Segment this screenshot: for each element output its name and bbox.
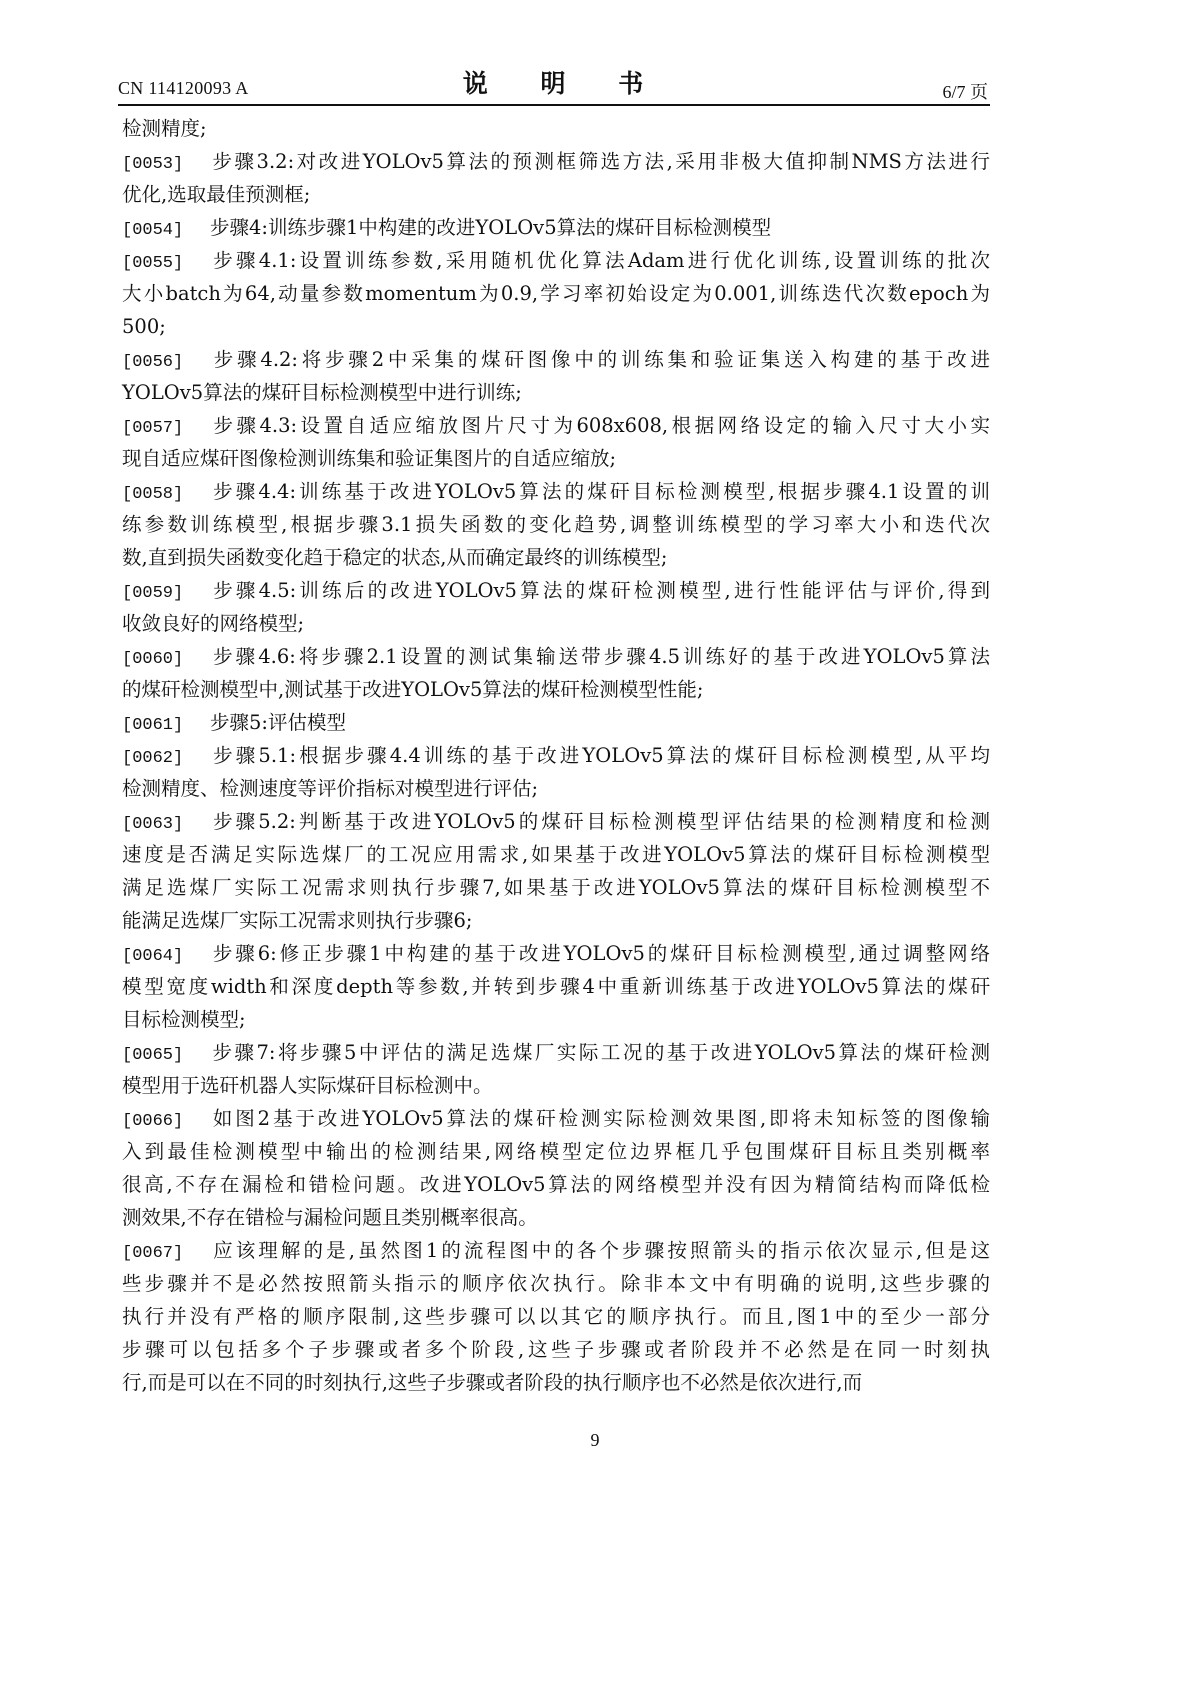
line-text: 步骤4.2:将步骤2中采集的煤矸图像中的训练集和验证集送入构建的基于改进	[210, 348, 990, 371]
line-text: 目标检测模型;	[122, 1008, 246, 1031]
text-line: 收敛良好的网络模型;	[122, 607, 990, 640]
text-line: 优化,选取最佳预测框;	[122, 178, 990, 211]
paragraph-number: [0061]	[122, 709, 210, 742]
line-text: 步骤4.4:训练基于改进YOLOv5算法的煤矸目标检测模型,根据步骤4.1设置的…	[210, 480, 990, 503]
text-line: 目标检测模型;	[122, 1003, 990, 1036]
line-text: 检测精度;	[122, 117, 207, 140]
line-text: 步骤4.3:设置自适应缩放图片尺寸为608x608,根据网络设定的输入尺寸大小实	[210, 414, 990, 437]
text-line: 测效果,不存在错检与漏检问题且类别概率很高。	[122, 1201, 990, 1234]
text-line: YOLOv5算法的煤矸目标检测模型中进行训练;	[122, 376, 990, 409]
text-line: [0054]步骤4:训练步骤1中构建的改进YOLOv5算法的煤矸目标检测模型	[122, 211, 990, 244]
paragraph: [0062]步骤5.1:根据步骤4.4训练的基于改进YOLOv5算法的煤矸目标检…	[122, 739, 990, 805]
text-line: 检测精度、检测速度等评价指标对模型进行评估;	[122, 772, 990, 805]
line-text: 练参数训练模型,根据步骤3.1损失函数的变化趋势,调整训练模型的学习率大小和迭代…	[122, 513, 990, 536]
text-line: [0066]如图2基于改进YOLOv5算法的煤矸检测实际检测效果图,即将未知标签…	[122, 1102, 990, 1135]
paragraph: [0057]步骤4.3:设置自适应缩放图片尺寸为608x608,根据网络设定的输…	[122, 409, 990, 475]
line-text: 行,而是可以在不同的时刻执行,这些子步骤或者阶段的执行顺序也不必然是依次进行,而	[122, 1371, 862, 1394]
line-text: YOLOv5算法的煤矸目标检测模型中进行训练;	[122, 381, 522, 404]
page-indicator: 6/7 页	[942, 78, 988, 104]
page-number: 9	[0, 1430, 1190, 1451]
line-text: 500;	[122, 315, 166, 338]
paragraph-number: [0065]	[122, 1039, 210, 1072]
paragraph: [0065]步骤7:将步骤5中评估的满足选煤厂实际工况的基于改进YOLOv5算法…	[122, 1036, 990, 1102]
text-line: 的煤矸检测模型中,测试基于改进YOLOv5算法的煤矸检测模型性能;	[122, 673, 990, 706]
text-line: [0059]步骤4.5:训练后的改进YOLOv5算法的煤矸检测模型,进行性能评估…	[122, 574, 990, 607]
text-line: 满足选煤厂实际工况需求则执行步骤7,如果基于改进YOLOv5算法的煤矸目标检测模…	[122, 871, 990, 904]
paragraph: [0060]步骤4.6:将步骤2.1设置的测试集输送带步骤4.5训练好的基于改进…	[122, 640, 990, 706]
paragraph-number: [0056]	[122, 346, 210, 379]
line-text: 速度是否满足实际选煤厂的工况应用需求,如果基于改进YOLOv5算法的煤矸目标检测…	[122, 843, 990, 866]
paragraph-number: [0062]	[122, 742, 210, 775]
paragraph: [0055]步骤4.1:设置训练参数,采用随机优化算法Adam进行优化训练,设置…	[122, 244, 990, 343]
text-line: [0058]步骤4.4:训练基于改进YOLOv5算法的煤矸目标检测模型,根据步骤…	[122, 475, 990, 508]
text-line: 入到最佳检测模型中输出的检测结果,网络模型定位边界框几乎包围煤矸目标且类别概率	[122, 1135, 990, 1168]
text-line: [0053]步骤3.2:对改进YOLOv5算法的预测框筛选方法,采用非极大值抑制…	[122, 145, 990, 178]
text-line: [0065]步骤7:将步骤5中评估的满足选煤厂实际工况的基于改进YOLOv5算法…	[122, 1036, 990, 1069]
paragraph-number: [0067]	[122, 1237, 210, 1270]
document-title: 说 明 书	[118, 64, 988, 100]
line-text: 步骤5:评估模型	[210, 711, 346, 734]
line-text: 能满足选煤厂实际工况需求则执行步骤6;	[122, 909, 472, 932]
text-line: 行,而是可以在不同的时刻执行,这些子步骤或者阶段的执行顺序也不必然是依次进行,而	[122, 1366, 990, 1399]
paragraph: [0061]步骤5:评估模型	[122, 706, 990, 739]
text-line: 现自适应煤矸图像检测训练集和验证集图片的自适应缩放;	[122, 442, 990, 475]
paragraph: [0063]步骤5.2:判断基于改进YOLOv5的煤矸目标检测模型评估结果的检测…	[122, 805, 990, 937]
line-text: 满足选煤厂实际工况需求则执行步骤7,如果基于改进YOLOv5算法的煤矸目标检测模…	[122, 876, 990, 899]
line-text: 入到最佳检测模型中输出的检测结果,网络模型定位边界框几乎包围煤矸目标且类别概率	[122, 1140, 990, 1163]
line-text: 如图2基于改进YOLOv5算法的煤矸检测实际检测效果图,即将未知标签的图像输	[210, 1107, 990, 1130]
text-line: 练参数训练模型,根据步骤3.1损失函数的变化趋势,调整训练模型的学习率大小和迭代…	[122, 508, 990, 541]
line-text: 现自适应煤矸图像检测训练集和验证集图片的自适应缩放;	[122, 447, 616, 470]
paragraph-number: [0060]	[122, 643, 210, 676]
line-text: 步骤5.1:根据步骤4.4训练的基于改进YOLOv5算法的煤矸目标检测模型,从平…	[210, 744, 990, 767]
paragraph: [0059]步骤4.5:训练后的改进YOLOv5算法的煤矸检测模型,进行性能评估…	[122, 574, 990, 640]
text-line: [0067]应该理解的是,虽然图1的流程图中的各个步骤按照箭头的指示依次显示,但…	[122, 1234, 990, 1267]
text-line: 大小batch为64,动量参数momentum为0.9,学习率初始设定为0.00…	[122, 277, 990, 310]
line-text: 模型宽度width和深度depth等参数,并转到步骤4中重新训练基于改进YOLO…	[122, 975, 990, 998]
text-line: 能满足选煤厂实际工况需求则执行步骤6;	[122, 904, 990, 937]
text-line: 检测精度;	[122, 112, 990, 145]
paragraph-number: [0059]	[122, 577, 210, 610]
paragraph: [0067]应该理解的是,虽然图1的流程图中的各个步骤按照箭头的指示依次显示,但…	[122, 1234, 990, 1399]
paragraph: [0058]步骤4.4:训练基于改进YOLOv5算法的煤矸目标检测模型,根据步骤…	[122, 475, 990, 574]
paragraph-number: [0063]	[122, 808, 210, 841]
line-text: 应该理解的是,虽然图1的流程图中的各个步骤按照箭头的指示依次显示,但是这	[210, 1239, 990, 1262]
header-divider	[118, 104, 990, 106]
text-line: 模型用于选矸机器人实际煤矸目标检测中。	[122, 1069, 990, 1102]
line-text: 数,直到损失函数变化趋于稳定的状态,从而确定最终的训练模型;	[122, 546, 667, 569]
text-line: 速度是否满足实际选煤厂的工况应用需求,如果基于改进YOLOv5算法的煤矸目标检测…	[122, 838, 990, 871]
text-line: [0062]步骤5.1:根据步骤4.4训练的基于改进YOLOv5算法的煤矸目标检…	[122, 739, 990, 772]
paragraph: [0066]如图2基于改进YOLOv5算法的煤矸检测实际检测效果图,即将未知标签…	[122, 1102, 990, 1234]
text-line: 步骤可以包括多个子步骤或者多个阶段,这些子步骤或者阶段并不必然是在同一时刻执	[122, 1333, 990, 1366]
text-line: 很高,不存在漏检和错检问题。改进YOLOv5算法的网络模型并没有因为精简结构而降…	[122, 1168, 990, 1201]
line-text: 检测精度、检测速度等评价指标对模型进行评估;	[122, 777, 538, 800]
paragraph-number: [0064]	[122, 940, 210, 973]
paragraph: [0056]步骤4.2:将步骤2中采集的煤矸图像中的训练集和验证集送入构建的基于…	[122, 343, 990, 409]
text-line: [0064]步骤6:修正步骤1中构建的基于改进YOLOv5的煤矸目标检测模型,通…	[122, 937, 990, 970]
line-text: 收敛良好的网络模型;	[122, 612, 304, 635]
line-text: 步骤4.5:训练后的改进YOLOv5算法的煤矸检测模型,进行性能评估与评价,得到	[210, 579, 990, 602]
page-header: CN 114120093 A 说 明 书 6/7 页	[118, 62, 988, 102]
text-line: 500;	[122, 310, 990, 343]
text-line: 数,直到损失函数变化趋于稳定的状态,从而确定最终的训练模型;	[122, 541, 990, 574]
text-line: 执行并没有严格的顺序限制,这些步骤可以以其它的顺序执行。而且,图1中的至少一部分	[122, 1300, 990, 1333]
line-text: 步骤4.1:设置训练参数,采用随机优化算法Adam进行优化训练,设置训练的批次	[210, 249, 990, 272]
text-line: [0061]步骤5:评估模型	[122, 706, 990, 739]
paragraph: [0064]步骤6:修正步骤1中构建的基于改进YOLOv5的煤矸目标检测模型,通…	[122, 937, 990, 1036]
paragraph-number: [0058]	[122, 478, 210, 511]
line-text: 优化,选取最佳预测框;	[122, 183, 310, 206]
line-text: 些步骤并不是必然按照箭头指示的顺序依次执行。除非本文中有明确的说明,这些步骤的	[122, 1272, 990, 1295]
line-text: 很高,不存在漏检和错检问题。改进YOLOv5算法的网络模型并没有因为精简结构而降…	[122, 1173, 990, 1196]
paragraph-number: [0066]	[122, 1105, 210, 1138]
document-body: 检测精度;[0053]步骤3.2:对改进YOLOv5算法的预测框筛选方法,采用非…	[122, 112, 990, 1399]
line-text: 执行并没有严格的顺序限制,这些步骤可以以其它的顺序执行。而且,图1中的至少一部分	[122, 1305, 990, 1328]
text-line: [0057]步骤4.3:设置自适应缩放图片尺寸为608x608,根据网络设定的输…	[122, 409, 990, 442]
text-line: [0055]步骤4.1:设置训练参数,采用随机优化算法Adam进行优化训练,设置…	[122, 244, 990, 277]
text-line: 模型宽度width和深度depth等参数,并转到步骤4中重新训练基于改进YOLO…	[122, 970, 990, 1003]
line-text: 步骤7:将步骤5中评估的满足选煤厂实际工况的基于改进YOLOv5算法的煤矸检测	[210, 1041, 990, 1064]
line-text: 测效果,不存在错检与漏检问题且类别概率很高。	[122, 1206, 538, 1229]
text-line: [0056]步骤4.2:将步骤2中采集的煤矸图像中的训练集和验证集送入构建的基于…	[122, 343, 990, 376]
line-text: 步骤6:修正步骤1中构建的基于改进YOLOv5的煤矸目标检测模型,通过调整网络	[210, 942, 990, 965]
paragraph-number: [0055]	[122, 247, 210, 280]
paragraph-number: [0057]	[122, 412, 210, 445]
line-text: 步骤4.6:将步骤2.1设置的测试集输送带步骤4.5训练好的基于改进YOLOv5…	[210, 645, 990, 668]
text-line: [0060]步骤4.6:将步骤2.1设置的测试集输送带步骤4.5训练好的基于改进…	[122, 640, 990, 673]
line-text: 步骤4:训练步骤1中构建的改进YOLOv5算法的煤矸目标检测模型	[210, 216, 771, 239]
paragraph: [0053]步骤3.2:对改进YOLOv5算法的预测框筛选方法,采用非极大值抑制…	[122, 145, 990, 211]
text-line: 些步骤并不是必然按照箭头指示的顺序依次执行。除非本文中有明确的说明,这些步骤的	[122, 1267, 990, 1300]
paragraph: 检测精度;	[122, 112, 990, 145]
line-text: 步骤可以包括多个子步骤或者多个阶段,这些子步骤或者阶段并不必然是在同一时刻执	[122, 1338, 990, 1361]
text-line: [0063]步骤5.2:判断基于改进YOLOv5的煤矸目标检测模型评估结果的检测…	[122, 805, 990, 838]
paragraph-number: [0053]	[122, 148, 210, 181]
line-text: 的煤矸检测模型中,测试基于改进YOLOv5算法的煤矸检测模型性能;	[122, 678, 704, 701]
line-text: 模型用于选矸机器人实际煤矸目标检测中。	[122, 1074, 493, 1097]
line-text: 步骤5.2:判断基于改进YOLOv5的煤矸目标检测模型评估结果的检测精度和检测	[210, 810, 990, 833]
line-text: 步骤3.2:对改进YOLOv5算法的预测框筛选方法,采用非极大值抑制NMS方法进…	[210, 150, 990, 173]
paragraph-number: [0054]	[122, 214, 210, 247]
paragraph: [0054]步骤4:训练步骤1中构建的改进YOLOv5算法的煤矸目标检测模型	[122, 211, 990, 244]
line-text: 大小batch为64,动量参数momentum为0.9,学习率初始设定为0.00…	[122, 282, 990, 305]
